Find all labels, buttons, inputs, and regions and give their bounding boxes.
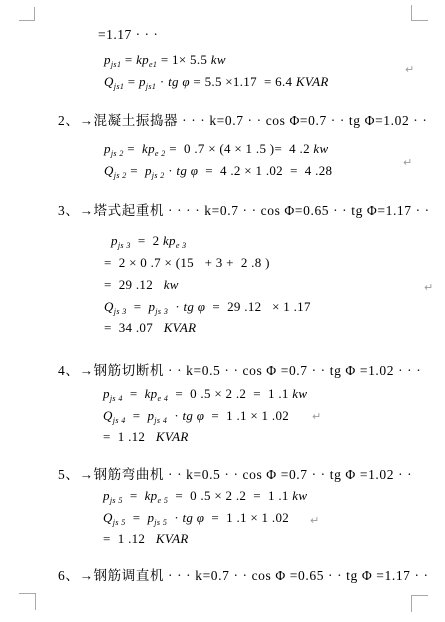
section-5-heading: 5、→钢筋弯曲机 · · k=0.5 · · cos Φ =0.7 · · tg… bbox=[58, 466, 412, 483]
formula-line-p-js3: pjs 3 = 2 kpe 3 bbox=[111, 232, 187, 254]
line-break-mark: ↵ bbox=[310, 514, 319, 527]
formula-line-q-js1: Qjs1 = pjs1 · tg φ = 5.5 ×1.17 = 6.4 KVA… bbox=[104, 73, 329, 95]
formula-line-p-js2: pjs 2 = kpe 2 = 0 .7 × (4 × 1 .5 )= 4 .2… bbox=[104, 140, 328, 162]
margin-crop-mark-bottom-left bbox=[19, 593, 36, 610]
formula-line-p-js1: pjs1 = kpe1 = 1× 5.5 kw bbox=[104, 51, 226, 73]
line-break-mark: ↵ bbox=[405, 63, 414, 76]
line-break-mark: ↵ bbox=[312, 410, 321, 423]
formula-line-q-js5: Qjs 5 = pjs 5 · tg φ = 1 .1 × 1 .02 bbox=[103, 509, 289, 531]
line-break-mark: ↵ bbox=[424, 281, 433, 294]
section-6-heading: 6、→钢筋调直机 · · · k=0.7 · · cos Φ =0.65 · ·… bbox=[58, 567, 429, 584]
formula-line-p-js3-expand: = 2 × 0 .7 × (15 + 3 + 2 .8 ) bbox=[104, 254, 270, 271]
formula-line-q-js4: Qjs 4 = pjs 4 · tg φ = 1 .1 × 1 .02 bbox=[103, 407, 289, 429]
line-break-mark: ↵ bbox=[403, 156, 412, 169]
formula-line-p-js4: pjs 4 = kpe 4 = 0 .5 × 2 .2 = 1 .1 kw bbox=[103, 385, 307, 407]
formula-line-q-js3: Qjs 3 = pjs 3 · tg φ = 29 .12 × 1 .17 bbox=[104, 298, 311, 320]
section-4-heading: 4、→钢筋切断机 · · k=0.5 · · cos Φ =0.7 · · tg… bbox=[58, 362, 421, 379]
formula-line-p-js3-result: = 29 .12 kw bbox=[104, 276, 179, 293]
margin-crop-mark-top-right bbox=[411, 5, 428, 21]
margin-crop-mark-top-left bbox=[19, 7, 35, 21]
formula-line-q-js3-result: = 34 .07 KVAR bbox=[104, 319, 196, 336]
section-3-heading: 3、→塔式起重机 · · · · k=0.7 · · cos Φ=0.65 · … bbox=[58, 202, 430, 219]
document-page: =1.17 · · · pjs1 = kpe1 = 1× 5.5 kw Qjs1… bbox=[0, 0, 445, 622]
formula-line-q-js4-result: = 1 .12 KVAR bbox=[103, 428, 189, 445]
formula-line-q-js2: Qjs 2 = pjs 2 · tg φ = 4 .2 × 1 .02 = 4 … bbox=[104, 162, 332, 184]
continued-value-line: =1.17 · · · bbox=[98, 26, 158, 43]
section-2-heading: 2、→混凝土振捣器 · · · k=0.7 · · cos Φ=0.7 · · … bbox=[58, 112, 427, 129]
formula-line-q-js5-result: = 1 .12 KVAR bbox=[103, 530, 189, 547]
margin-crop-mark-bottom-right bbox=[411, 595, 428, 612]
formula-line-p-js5: pjs 5 = kpe 5 = 0 .5 × 2 .2 = 1 .1 kw bbox=[103, 487, 307, 509]
